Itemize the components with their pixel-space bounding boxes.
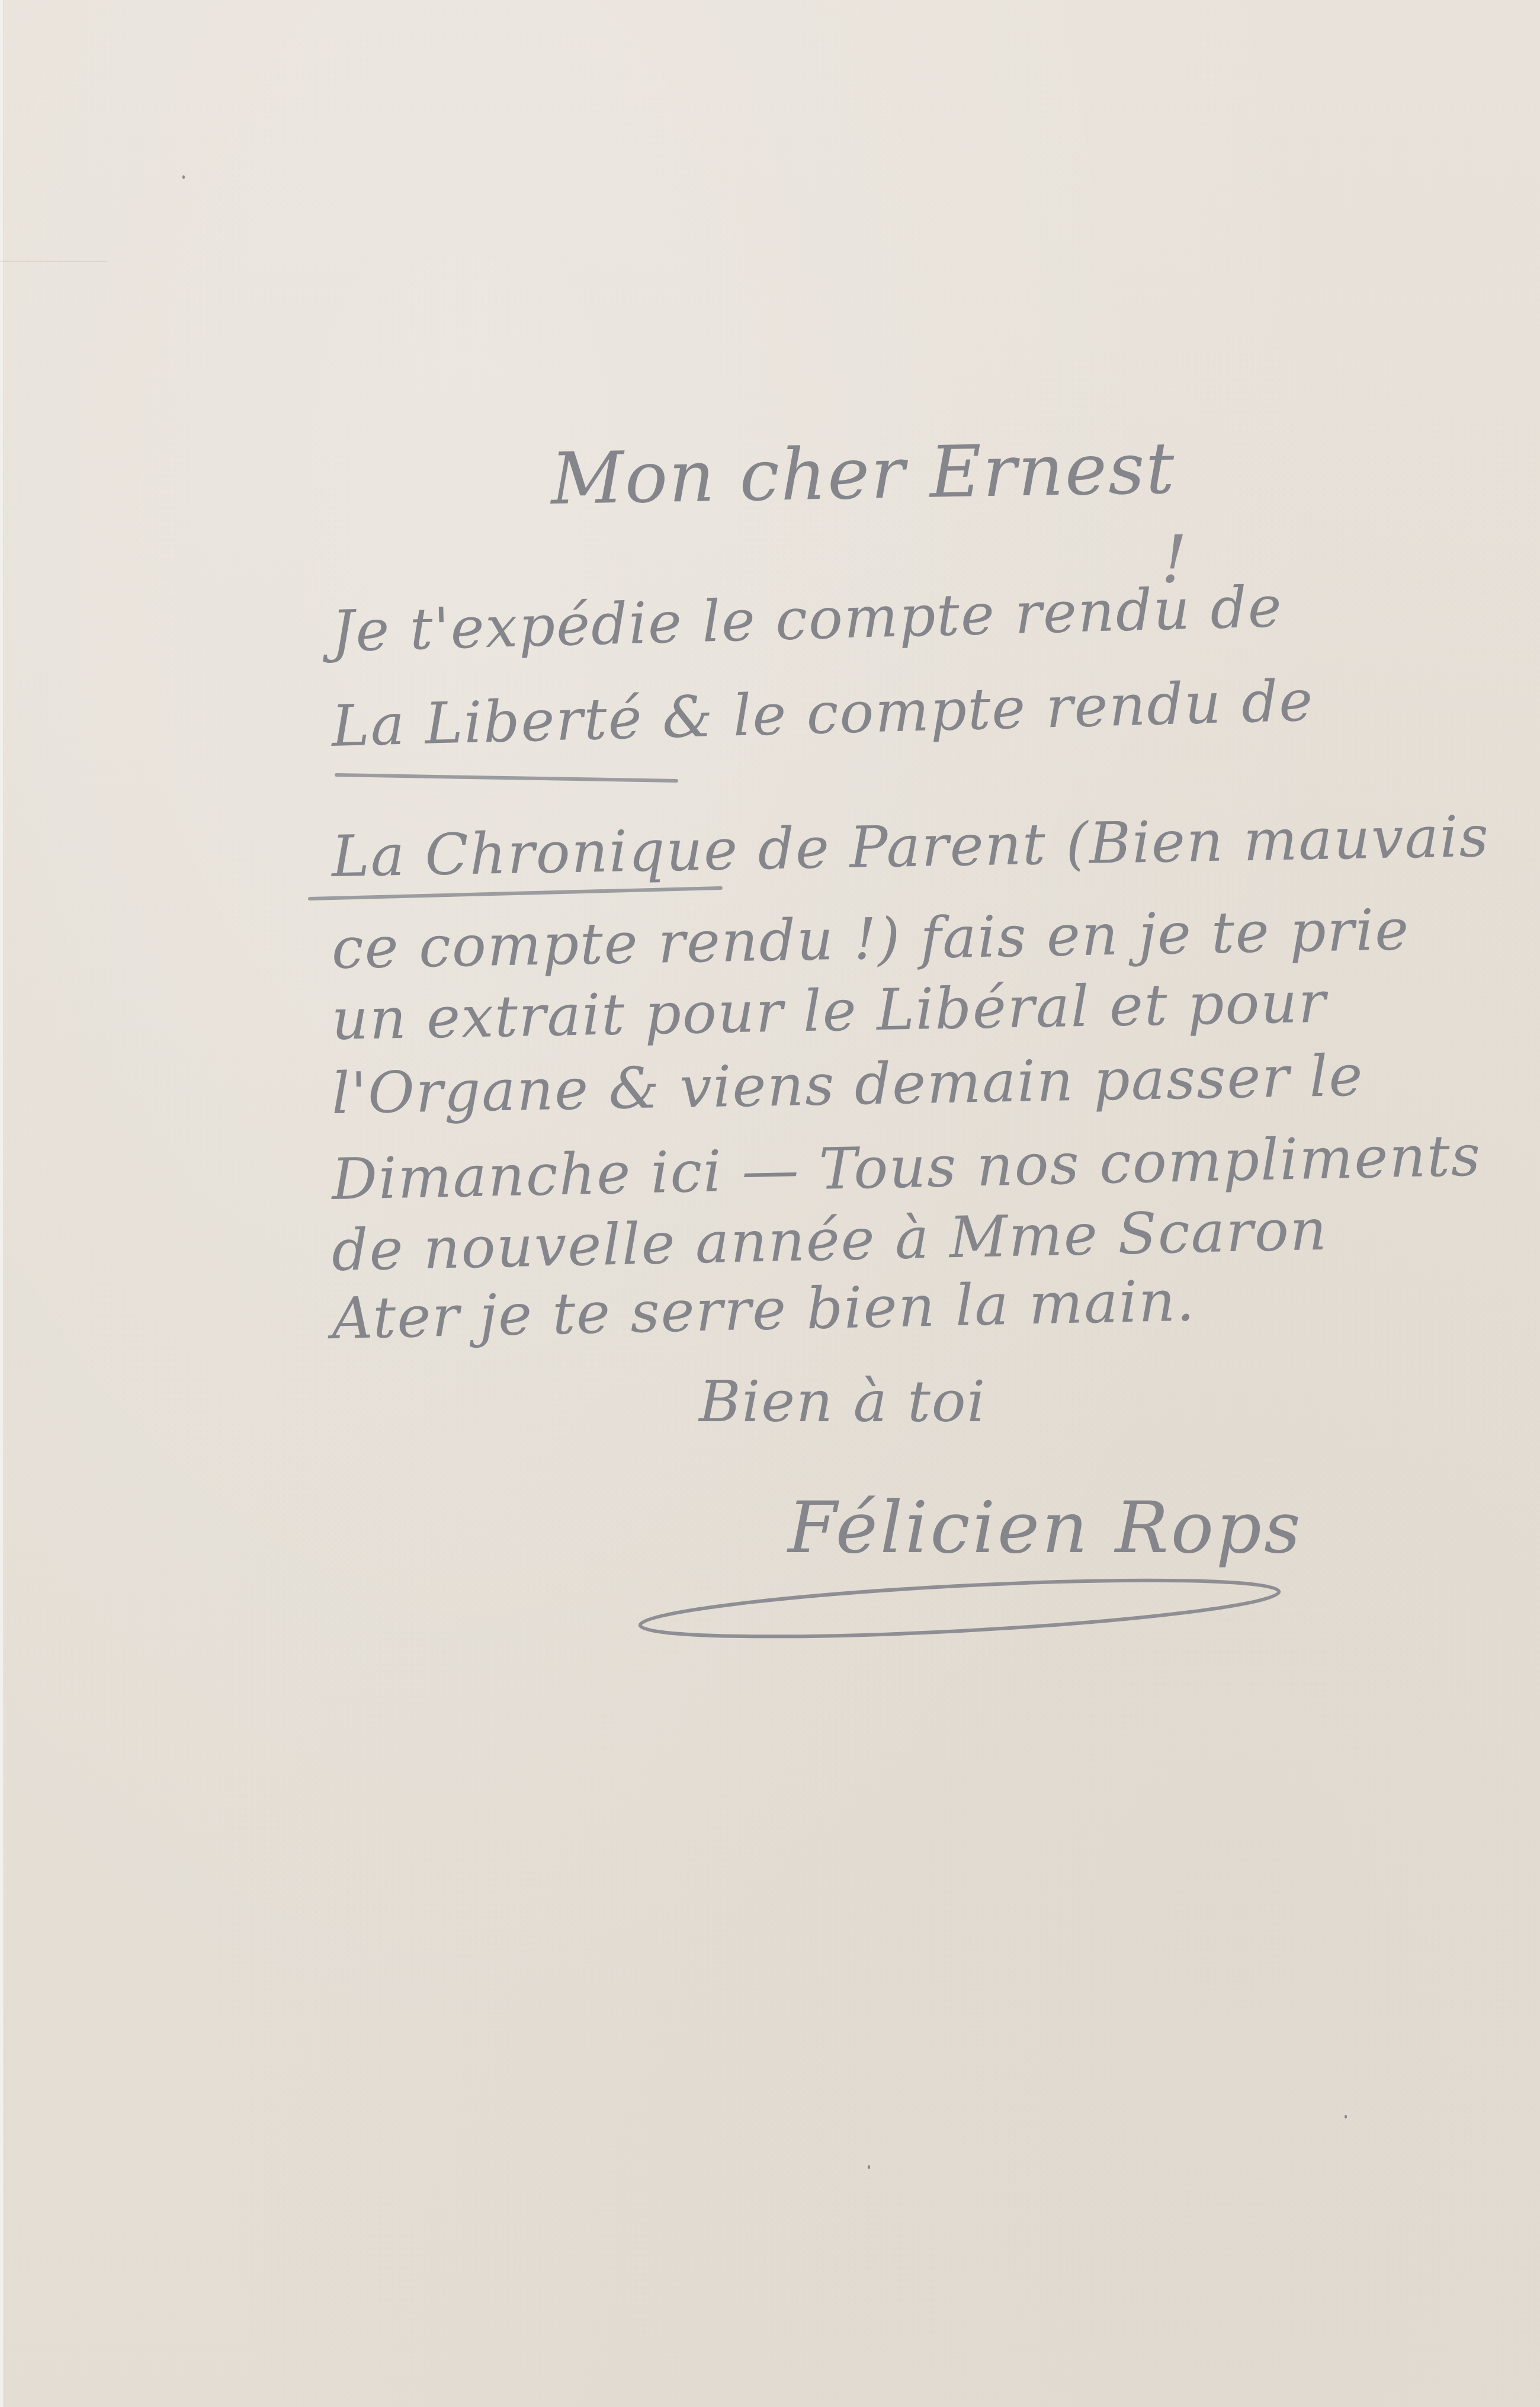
letter-greeting: Mon cher Ernest: [550, 428, 1176, 521]
paper-speck: [182, 175, 185, 179]
paper-crease: [0, 261, 107, 262]
paper-left-edge: [0, 0, 4, 2407]
letter-closing: Bien à toi: [699, 1368, 986, 1435]
letter-signature: Félicien Rops: [788, 1487, 1303, 1569]
paper-speck: [1345, 2115, 1347, 2118]
paper-speck: [868, 2165, 870, 2169]
signature-flourish: [628, 1576, 1309, 1647]
